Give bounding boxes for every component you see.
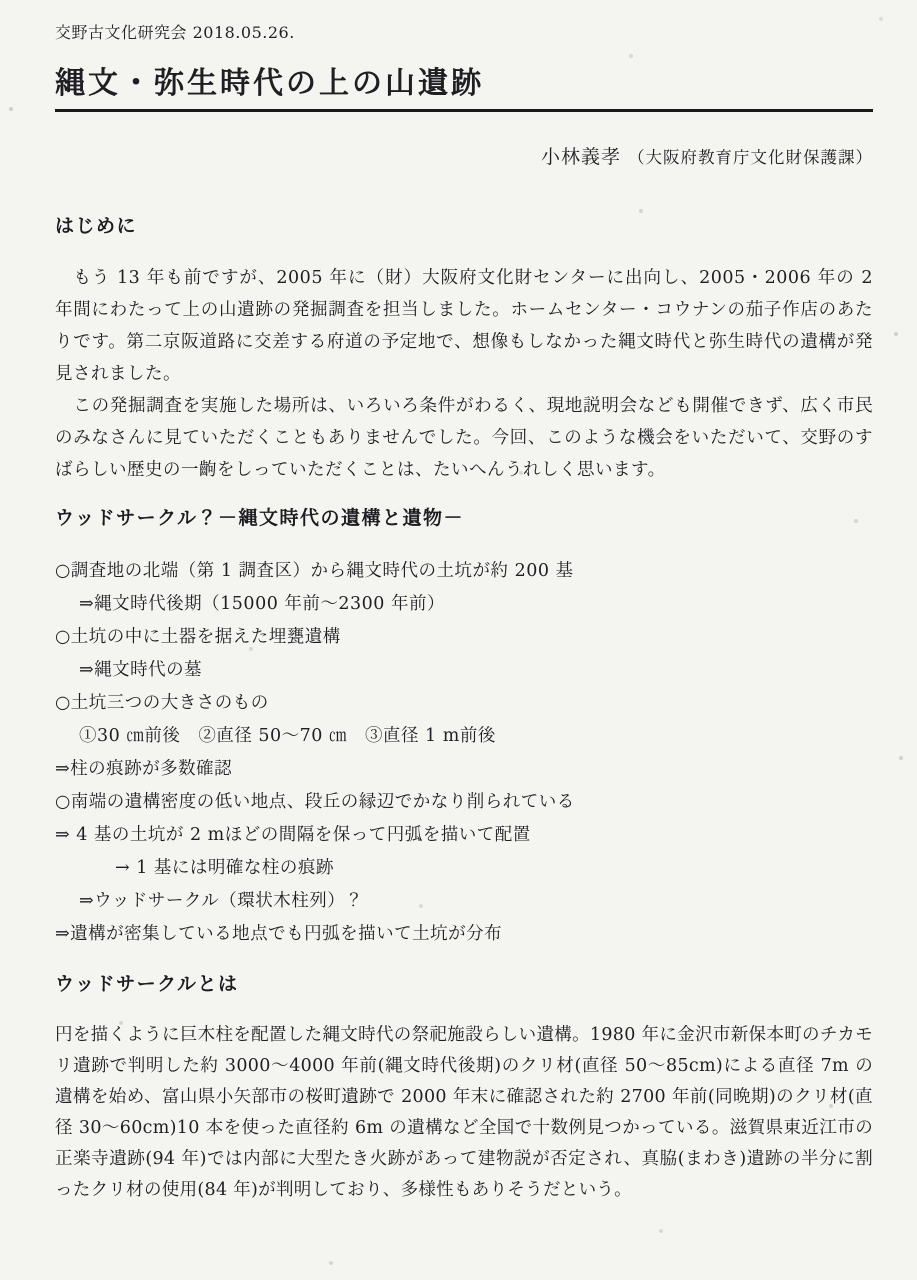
section-heading-wood-circle-question: ウッドサークル？－縄文時代の遺構と遺物－ <box>55 503 873 530</box>
author-affiliation: （大阪府教育庁文化財保護課） <box>628 148 873 167</box>
scan-noise-speckles <box>0 0 2 2</box>
paragraph-wood-circle-definition: 円を描くように巨木柱を配置した縄文時代の祭祀施設らしい遺構。1980 年に金沢市… <box>55 1020 873 1206</box>
list-item: ○土坑の中に土器を据えた埋甕遺構 <box>55 621 873 654</box>
document-page: 交野古文化研究会 2018.05.26. 縄文・弥生時代の上の山遺跡 小林義孝 … <box>0 0 917 1280</box>
author-line: 小林義孝 （大阪府教育庁文化財保護課） <box>55 142 873 169</box>
list-item: ○土坑三つの大きさのもの <box>55 687 873 720</box>
paragraph-intro-1: もう 13 年も前ですが、2005 年に（財）大阪府文化財センターに出向し、20… <box>55 262 873 390</box>
section-heading-wood-circle-definition: ウッドサークルとは <box>55 969 873 996</box>
list-item: ⇒縄文時代後期（15000 年前～2300 年前） <box>55 588 873 621</box>
paragraph-intro-2: この発掘調査を実施した場所は、いろいろ条件がわるく、現地説明会なども開催できず、… <box>55 390 873 486</box>
author-name: 小林義孝 <box>541 146 621 168</box>
list-item: ⇒柱の痕跡が多数確認 <box>55 753 873 786</box>
findings-list: ○調査地の北端（第 1 調査区）から縄文時代の土坑が約 200 基 ⇒縄文時代後… <box>55 555 873 951</box>
list-item: ○南端の遺構密度の低い地点、段丘の縁辺でかなり削られている <box>55 786 873 819</box>
intro-paragraphs: もう 13 年も前ですが、2005 年に（財）大阪府文化財センターに出向し、20… <box>55 262 873 486</box>
list-item: ⇒遺構が密集している地点でも円弧を描いて土坑が分布 <box>55 918 873 951</box>
list-item: → 1 基には明確な柱の痕跡 <box>55 852 873 885</box>
list-item: ○調査地の北端（第 1 調査区）から縄文時代の土坑が約 200 基 <box>55 555 873 588</box>
list-item: ⇒ウッドサークル（環状木柱列）？ <box>55 885 873 918</box>
doc-meta-line: 交野古文化研究会 2018.05.26. <box>55 20 873 43</box>
list-item: ①30 ㎝前後 ②直径 50～70 ㎝ ③直径 1 m前後 <box>55 720 873 753</box>
document-title: 縄文・弥生時代の上の山遺跡 <box>55 65 873 112</box>
list-item: ⇒ 4 基の土坑が 2 mほどの間隔を保って円弧を描いて配置 <box>55 819 873 852</box>
list-item: ⇒縄文時代の墓 <box>55 654 873 687</box>
section-heading-intro: はじめに <box>55 211 873 238</box>
